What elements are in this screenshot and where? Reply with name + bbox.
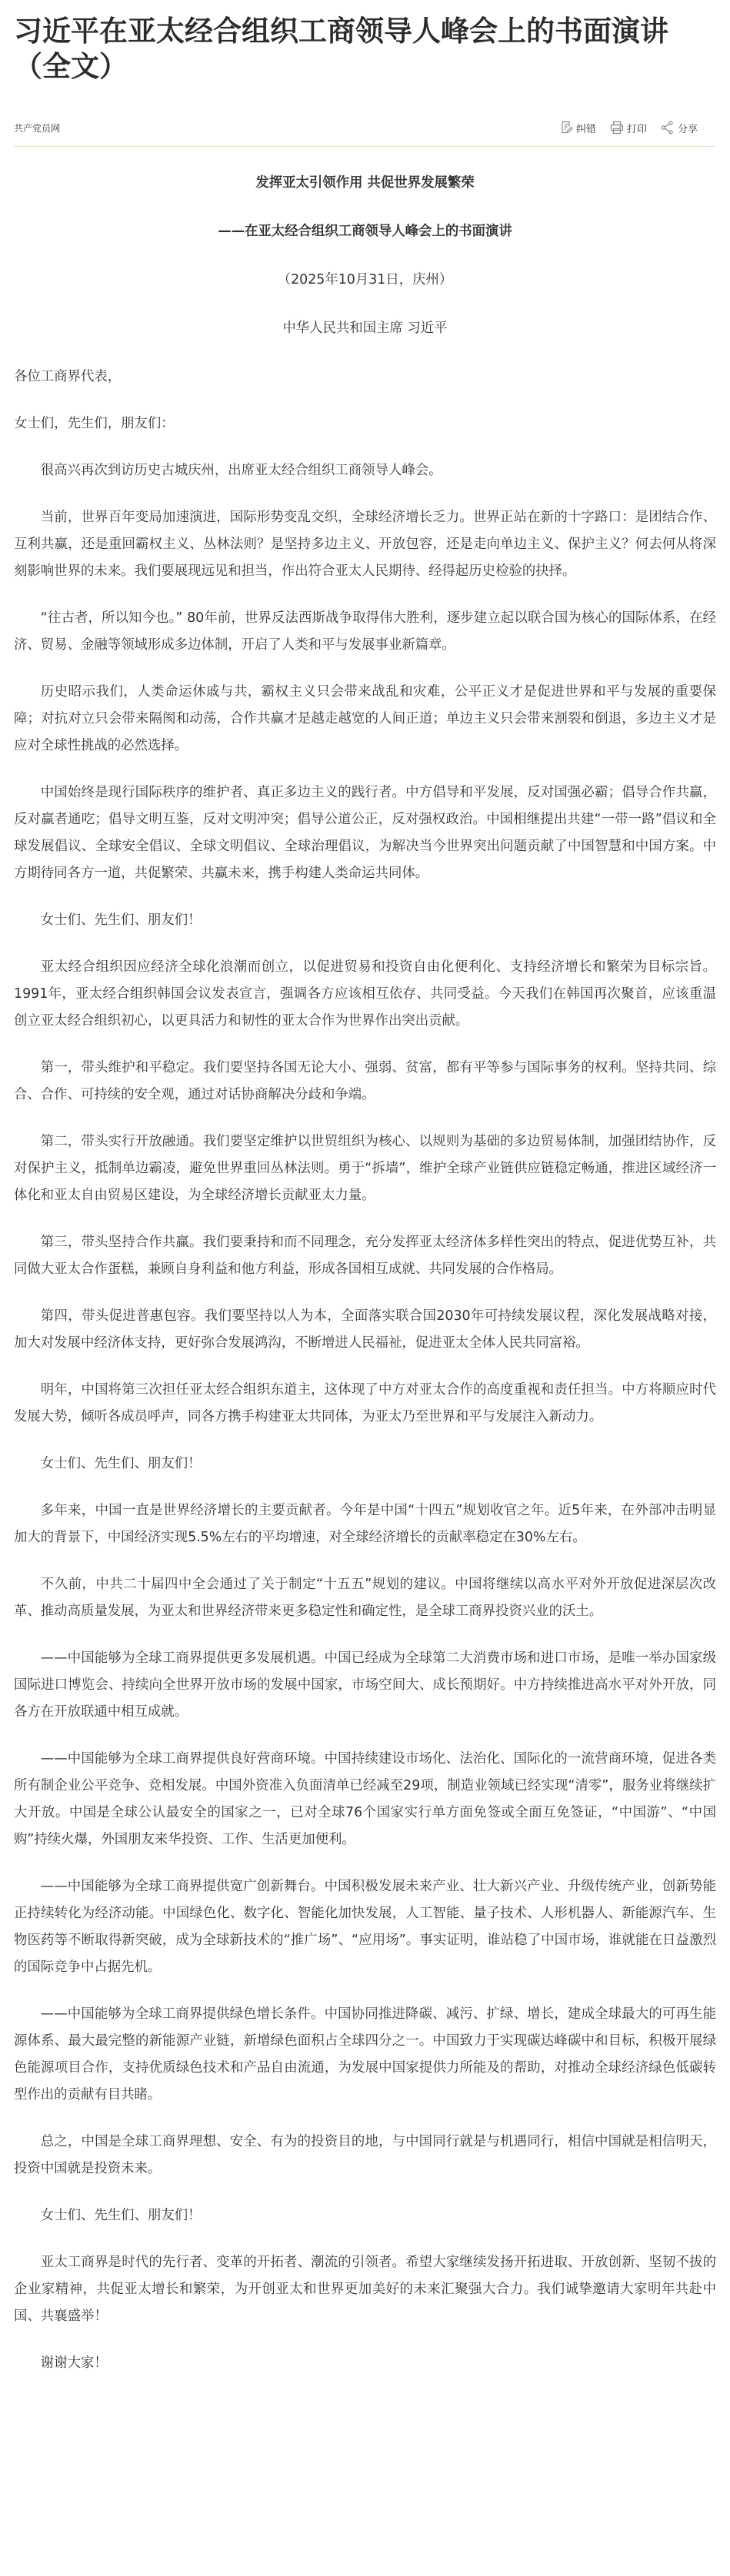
print-button[interactable]: 打印 xyxy=(610,121,647,135)
paragraph: 亚太经合组织因应经济全球化浪潮而创立，以促进贸易和投资自由化便利化、支持经济增长… xyxy=(14,954,716,1035)
paragraph: 亚太工商界是时代的先行者、变革的开拓者、潮流的引领者。希望大家继续发扬开拓进取、… xyxy=(14,2249,716,2330)
paragraph: ——中国能够为全球工商界提供绿色增长条件。中国协同推进降碳、减污、扩绿、增长，建… xyxy=(14,2001,716,2109)
speech-subheadline: ——在亚太经合组织工商领导人峰会上的书面演讲 xyxy=(14,218,716,245)
salutation: 女士们，先生们，朋友们： xyxy=(14,410,716,437)
article-body: 发挥亚太引领作用 共促世界发展繁荣 ——在亚太经合组织工商领导人峰会上的书面演讲… xyxy=(14,147,716,2377)
report-error-label: 纠错 xyxy=(576,121,596,135)
paragraph: 明年，中国将第三次担任亚太经合组织东道主，这体现了中方对亚太合作的高度重视和责任… xyxy=(14,1377,716,1431)
paragraph: 当前，世界百年变局加速演进，国际形势变乱交织，全球经济增长乏力。世界正站在新的十… xyxy=(14,504,716,585)
salutation: 女士们、先生们、朋友们！ xyxy=(14,2202,716,2229)
article-meta-bar: 共产党员网 纠错 xyxy=(14,118,716,137)
article-source: 共产党员网 xyxy=(14,121,60,135)
article-title: 习近平在亚太经合组织工商领导人峰会上的书面演讲（全文） xyxy=(14,0,716,85)
share-label: 分享 xyxy=(678,121,698,135)
paragraph: “往古者，所以知今也。” 80年前，世界反法西斯战争取得伟大胜利，逐步建立起以联… xyxy=(14,605,716,659)
print-icon xyxy=(610,121,624,135)
salutation: 各位工商界代表， xyxy=(14,364,716,391)
salutation: 女士们、先生们、朋友们！ xyxy=(14,1451,716,1477)
paragraph: ——中国能够为全球工商界提供宽广创新舞台。中国积极发展未来产业、壮大新兴产业、升… xyxy=(14,1873,716,1981)
paragraph: 中国始终是现行国际秩序的维护者、真正多边主义的践行者。中方倡导和平发展，反对国强… xyxy=(14,779,716,887)
paragraph: 第三，带头坚持合作共赢。我们要秉持和而不同理念，充分发挥亚太经济体多样性突出的特… xyxy=(14,1229,716,1283)
paragraph: ——中国能够为全球工商界提供更多发展机遇。中国已经成为全球第二大消费市场和进口市… xyxy=(14,1645,716,1726)
paragraph: 第四，带头促进普惠包容。我们要坚持以人为本，全面落实联合国2030年可持续发展议… xyxy=(14,1303,716,1357)
salutation: 女士们、先生们、朋友们！ xyxy=(14,907,716,934)
share-button[interactable]: 分享 xyxy=(661,121,698,135)
speech-byline: 中华人民共和国主席 习近平 xyxy=(14,315,716,342)
speech-headline: 发挥亚太引领作用 共促世界发展繁荣 xyxy=(14,170,716,197)
paragraph: 多年来，中国一直是世界经济增长的主要贡献者。今年是中国“十四五”规划收官之年。近… xyxy=(14,1497,716,1551)
closing: 谢谢大家！ xyxy=(14,2350,716,2377)
paragraph: 历史昭示我们，人类命运休戚与共，霸权主义只会带来战乱和灾难，公平正义才是促进世界… xyxy=(14,679,716,760)
report-error-button[interactable]: 纠错 xyxy=(561,121,596,135)
edit-report-icon xyxy=(561,121,573,135)
paragraph: ——中国能够为全球工商界提供良好营商环境。中国持续建设市场化、法治化、国际化的一… xyxy=(14,1746,716,1853)
speech-dateline: （2025年10月31日，庆州） xyxy=(14,267,716,294)
paragraph: 总之，中国是全球工商界理想、安全、有为的投资目的地，与中国同行就是与机遇同行，相… xyxy=(14,2129,716,2182)
paragraph: 很高兴再次到访历史古城庆州，出席亚太经合组织工商领导人峰会。 xyxy=(14,457,716,484)
paragraph: 第一，带头维护和平稳定。我们要坚持各国无论大小、强弱、贫富，都有平等参与国际事务… xyxy=(14,1055,716,1109)
article-tools: 纠错 打印 xyxy=(561,121,716,135)
article-page: 习近平在亚太经合组织工商领导人峰会上的书面演讲（全文） 共产党员网 纠错 xyxy=(0,0,730,2377)
paragraph: 不久前，中共二十届四中全会通过了关于制定“十五五”规划的建议。中国将继续以高水平… xyxy=(14,1571,716,1625)
paragraph: 第二，带头实行开放融通。我们要坚定维护以世贸组织为核心、以规则为基础的多边贸易体… xyxy=(14,1128,716,1209)
print-label: 打印 xyxy=(627,121,647,135)
share-icon xyxy=(661,121,675,135)
